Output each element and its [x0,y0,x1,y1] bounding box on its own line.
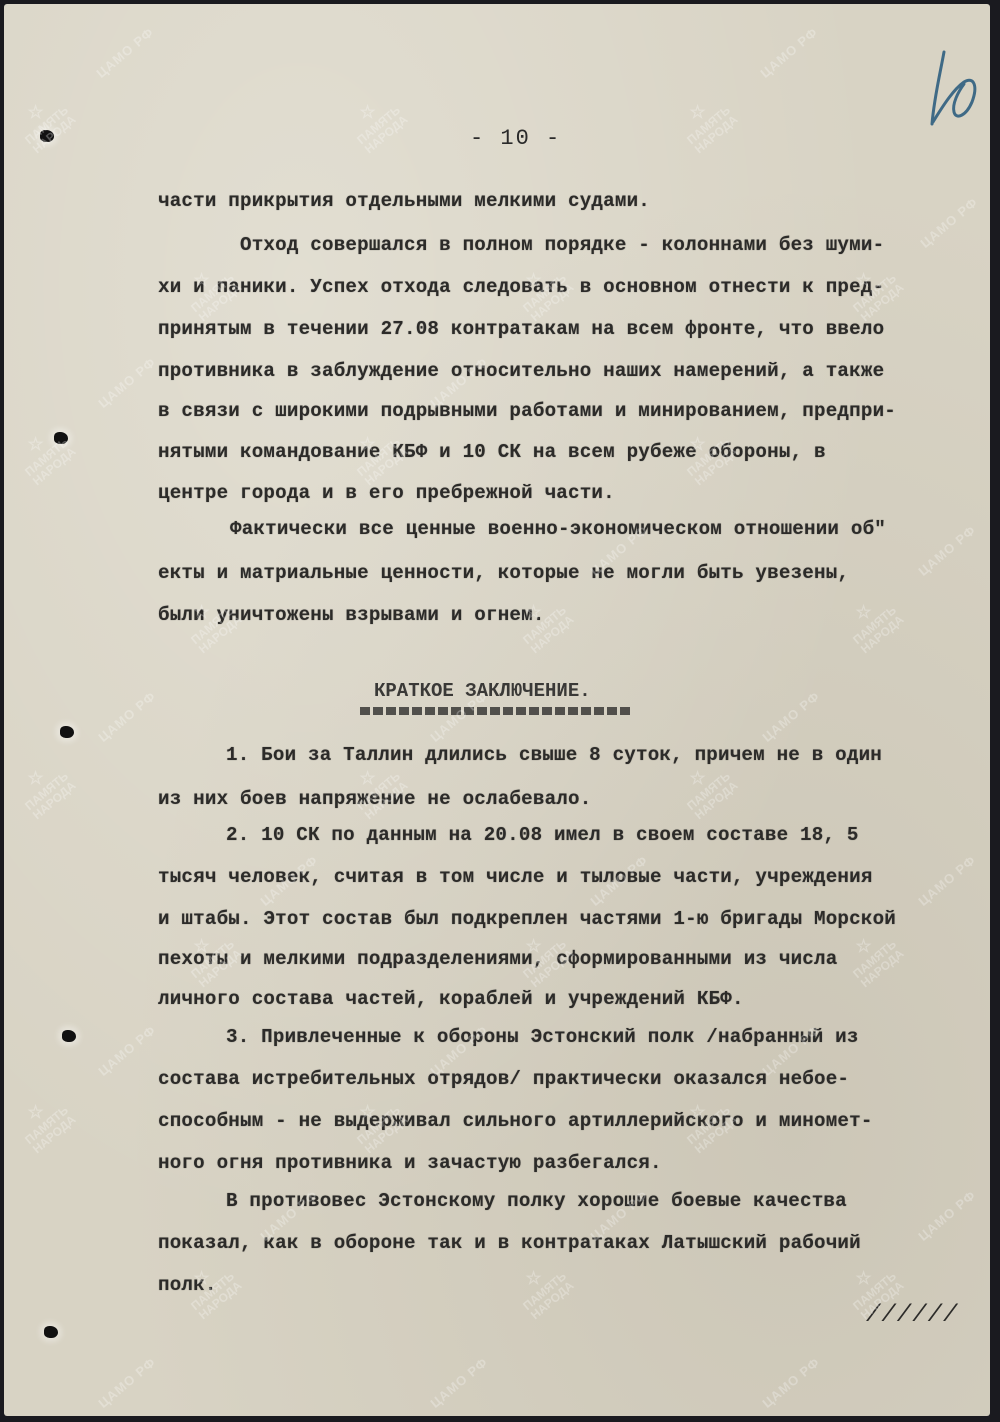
text-line: в связи с широкими подрывными работами и… [158,400,896,422]
text-line: нятыми командование КБФ и 10 СК на всем … [158,441,826,463]
watermark-pamyat-naroda: ☆ ПАМЯТЬ НАРОДА [10,420,78,487]
star-icon: ☆ [838,1269,890,1287]
text-line: центре города и в его пребрежной части. [158,482,615,504]
text-line: были уничтожены взрывами и огнем. [158,604,545,626]
watermark-tsamo: ЦАМО РФ [918,195,980,250]
document-page: - 10 - части прикрытия отдельными мелким… [4,4,990,1416]
watermark-pamyat-naroda: ☆ ПАМЯТЬ НАРОДА [672,88,740,155]
watermark-tsamo: ЦАМО РФ [916,853,978,908]
watermark-tsamo: ЦАМО РФ [428,1355,490,1410]
text-line: полк. [158,1274,217,1296]
text-line: ного огня противника и зачастую разбегал… [158,1152,662,1174]
text-line: личного состава частей, кораблей и учреж… [158,988,744,1010]
text-line: екты и матриальные ценности, которые не … [158,562,849,584]
watermark-tsamo: ЦАМО РФ [94,25,156,80]
star-icon: ☆ [508,1269,560,1287]
watermark-tsamo: ЦАМО РФ [96,1023,158,1078]
watermark-tsamo: ЦАМО РФ [916,523,978,578]
watermark-pamyat-naroda: ☆ ПАМЯТЬ НАРОДА [508,1254,576,1321]
paragraph-start-line: Фактически все ценные военно-экономическ… [230,518,886,540]
text-line: показал, как в обороне так и в контратак… [158,1232,861,1254]
star-icon: ☆ [10,103,62,121]
star-icon: ☆ [342,103,394,121]
section-heading: КРАТКОЕ ЗАКЛЮЧЕНИЕ. [374,680,591,702]
binding-hole [60,726,74,738]
paragraph-start-line: В противовес Эстонскому полку хорошие бо… [226,1190,847,1212]
handwritten-sheet-number [924,44,984,134]
watermark-pamyat-naroda: ☆ ПАМЯТЬ НАРОДА [838,588,906,655]
binding-hole [62,1030,76,1042]
star-icon: ☆ [672,103,724,121]
star-icon: ☆ [838,937,890,955]
watermark-tsamo: ЦАМО РФ [96,355,158,410]
text-line: состава истребительных отрядов/ практиче… [158,1068,849,1090]
numbered-item-2: 2. 10 СК по данным на 20.08 имел в своем… [226,824,859,846]
end-mark: ////// [866,1302,958,1329]
star-icon: ☆ [672,769,724,787]
numbered-item-1: 1. Бои за Таллин длились свыше 8 суток, … [226,744,882,766]
text-line: тысяч человек, считая в том числе и тыло… [158,866,873,888]
watermark-tsamo: ЦАМО РФ [96,689,158,744]
page-number: - 10 - [470,126,561,151]
text-line: принятым в течении 27.08 контратакам на … [158,318,884,340]
watermark-pamyat-naroda: ☆ ПАМЯТЬ НАРОДА [838,922,906,989]
binding-hole [44,1326,58,1338]
numbered-item-3: 3. Привлеченные к обороны Эстонский полк… [226,1026,859,1048]
watermark-pamyat-naroda: ☆ ПАМЯТЬ НАРОДА [10,754,78,821]
watermark-pamyat-naroda: ☆ ПАМЯТЬ НАРОДА [342,88,410,155]
watermark-tsamo: ЦАМО РФ [758,25,820,80]
binding-hole [40,130,54,142]
star-icon: ☆ [342,769,394,787]
text-line: и штабы. Этот состав был подкреплен част… [158,908,896,930]
text-line: противника в заблуждение относительно на… [158,360,884,382]
paragraph-start-line: Отход совершался в полном порядке - коло… [240,234,884,256]
text-line: хи и паники. Успех отхода следовать в ос… [158,276,884,298]
binding-hole [54,432,68,444]
star-icon: ☆ [838,603,890,621]
star-icon: ☆ [10,1103,62,1121]
text-line: из них боев напряжение не ослабевало. [158,788,591,810]
star-icon: ☆ [10,769,62,787]
watermark-tsamo: ЦАМО РФ [760,689,822,744]
heading-underline [360,707,630,715]
watermark-tsamo: ЦАМО РФ [96,1355,158,1410]
watermark-pamyat-naroda: ☆ ПАМЯТЬ НАРОДА [10,88,78,155]
watermark-tsamo: ЦАМО РФ [760,1355,822,1410]
watermark-pamyat-naroda: ☆ ПАМЯТЬ НАРОДА [10,1088,78,1155]
text-line: способным - не выдерживал сильного артил… [158,1110,873,1132]
text-line: части прикрытия отдельными мелкими судам… [158,190,650,212]
text-line: пехоты и мелкими подразделениями, сформи… [158,948,837,970]
watermark-tsamo: ЦАМО РФ [916,1188,978,1243]
